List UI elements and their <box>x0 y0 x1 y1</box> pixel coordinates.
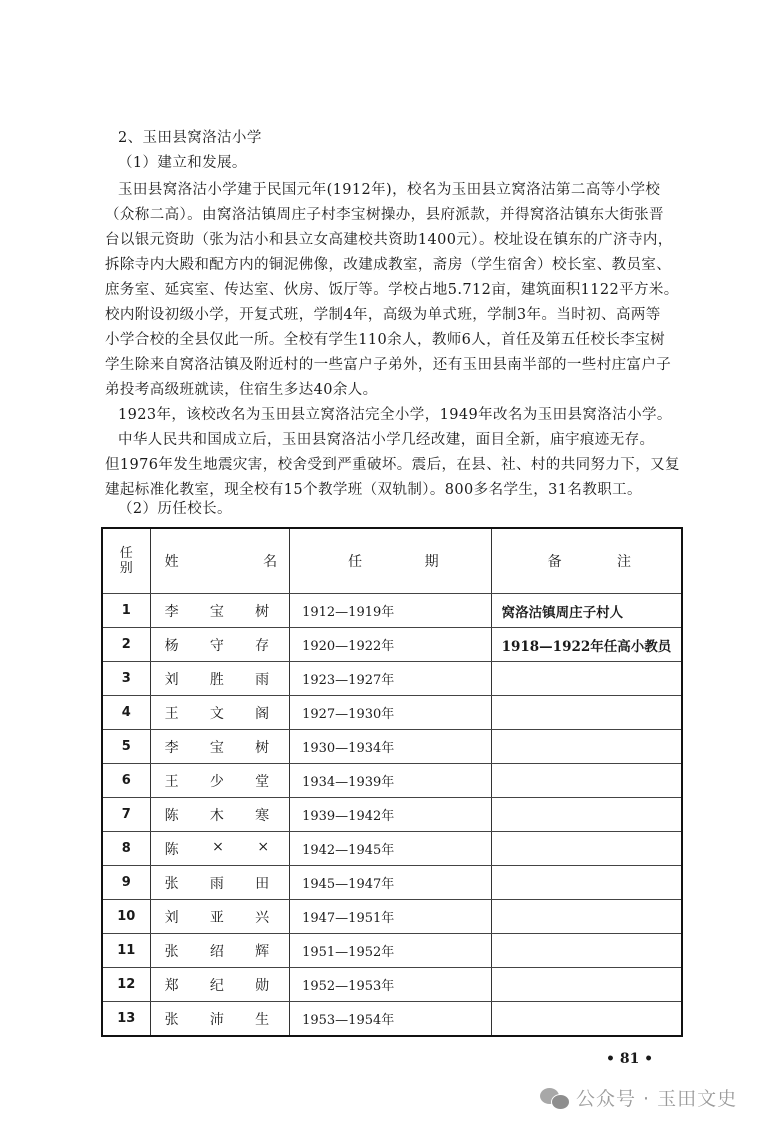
paragraph-line: 庶务室、延宾室、传达室、伙房、饭厅等。学校占地5.712亩，建筑面积1122平方… <box>105 280 685 300</box>
name-char: 宝 <box>210 601 224 621</box>
paragraph-line: 但1976年发生地震灾害，校舍受到严重破坏。震后，在县、社、村的共同努力下，又复 <box>105 455 685 475</box>
table-row: 8陈××1942—1945年 <box>102 832 682 866</box>
name-char: 存 <box>255 635 269 655</box>
name-char: 寒 <box>255 805 269 825</box>
paragraph-line: 台以银元资助（张为沽小和县立女高建校共资助1400元）。校址设在镇东的广济寺内， <box>105 230 685 250</box>
name-char: 李 <box>165 601 179 621</box>
name-char: 郑 <box>165 975 179 995</box>
name-char: 阁 <box>255 703 269 723</box>
cell-name: 李宝树 <box>150 730 290 764</box>
table-body: 1李宝树1912—1919年窝洛沽镇周庄子村人2杨守存1920—1922年191… <box>102 594 682 1037</box>
name-char: 王 <box>165 703 179 723</box>
table-row: 10刘亚兴1947—1951年 <box>102 900 682 934</box>
header-term: 任期 <box>290 528 492 594</box>
table-row: 9张雨田1945—1947年 <box>102 866 682 900</box>
watermark-text: 公众号 · 玉田文史 <box>576 1084 737 1111</box>
cell-term: 1947—1951年 <box>290 900 492 934</box>
cell-name: 李宝树 <box>150 594 290 628</box>
cell-term: 1934—1939年 <box>290 764 492 798</box>
paragraph-line: 中华人民共和国成立后，玉田县窝洛沽小学几经改建，面目全新，庙宇痕迹无存。 <box>118 430 698 450</box>
header-index: 任别 <box>102 528 150 594</box>
cell-note <box>491 900 682 934</box>
document-page: 2、玉田县窝洛沽小学 （1）建立和发展。 玉田县窝洛沽小学建于民国元年(1912… <box>0 0 770 1127</box>
name-char: 亚 <box>210 907 224 927</box>
table-row: 13张沛生1953—1954年 <box>102 1002 682 1037</box>
cell-term: 1952—1953年 <box>290 968 492 1002</box>
name-char: 宝 <box>210 737 224 757</box>
cell-term: 1930—1934年 <box>290 730 492 764</box>
table-row: 11张绍辉1951—1952年 <box>102 934 682 968</box>
table-row: 4王文阁1927—1930年 <box>102 696 682 730</box>
cell-name: 刘胜雨 <box>150 662 290 696</box>
name-char: 雨 <box>210 873 224 893</box>
name-char: 文 <box>210 703 224 723</box>
name-char: 张 <box>165 873 179 893</box>
header-note-char: 注 <box>617 551 631 571</box>
cell-name: 刘亚兴 <box>150 900 290 934</box>
name-char: 树 <box>255 737 269 757</box>
header-note-char: 备 <box>548 551 562 571</box>
name-char: 纪 <box>210 975 224 995</box>
cell-name: 张雨田 <box>150 866 290 900</box>
name-char: 沛 <box>210 1009 224 1029</box>
table-row: 3刘胜雨1923—1927年 <box>102 662 682 696</box>
table-row: 6王少堂1934—1939年 <box>102 764 682 798</box>
subsection-title-principals: （2）历任校长。 <box>118 499 232 519</box>
name-char: 辉 <box>255 941 269 961</box>
cell-term: 1927—1930年 <box>290 696 492 730</box>
cell-index: 1 <box>102 594 150 628</box>
cell-index: 12 <box>102 968 150 1002</box>
cell-index: 13 <box>102 1002 150 1037</box>
name-char: 勋 <box>255 975 269 995</box>
paragraph-line: 建起标准化教室，现全校有15个教学班（双轨制）。800多名学生，31名教职工。 <box>105 480 685 500</box>
paragraph-line: 校内附设初级小学，开复式班，学制4年，高级为单式班，学制3年。当时初、高两等 <box>105 305 685 325</box>
cell-index: 9 <box>102 866 150 900</box>
cell-index: 11 <box>102 934 150 968</box>
subsection-title-establishment: （1）建立和发展。 <box>118 153 247 173</box>
header-term-char: 任 <box>348 551 362 571</box>
table-row: 2杨守存1920—1922年1918—1922年任高小教员 <box>102 628 682 662</box>
name-char: 王 <box>165 771 179 791</box>
header-note: 备注 <box>491 528 682 594</box>
name-char: 雨 <box>255 669 269 689</box>
header-name-char: 姓 <box>165 551 179 571</box>
name-char: × <box>212 839 224 859</box>
wechat-icon <box>540 1086 570 1110</box>
header-name: 姓名 <box>150 528 290 594</box>
name-char: 树 <box>255 601 269 621</box>
name-char: 少 <box>210 771 224 791</box>
name-char: 堂 <box>255 771 269 791</box>
header-index-char: 任 <box>103 546 150 561</box>
cell-name: 陈木寒 <box>150 798 290 832</box>
cell-note <box>491 662 682 696</box>
name-char: 绍 <box>210 941 224 961</box>
header-index-char: 别 <box>103 561 150 576</box>
cell-term: 1912—1919年 <box>290 594 492 628</box>
cell-index: 5 <box>102 730 150 764</box>
cell-name: 王少堂 <box>150 764 290 798</box>
paragraph-line: 学生除来自窝洛沽镇及附近村的一些富户子弟外，还有玉田县南半部的一些村庄富户子 <box>105 355 685 375</box>
table-header-row: 任别 姓名 任期 备注 <box>102 528 682 594</box>
cell-term: 1951—1952年 <box>290 934 492 968</box>
header-term-char: 期 <box>425 551 439 571</box>
name-char: 张 <box>165 1009 179 1029</box>
cell-name: 杨守存 <box>150 628 290 662</box>
cell-term: 1945—1947年 <box>290 866 492 900</box>
name-char: 田 <box>255 873 269 893</box>
paragraph-line: 拆除寺内大殿和配方内的铜泥佛像，改建成教室，斋房（学生宿舍）校长室、教员室、 <box>105 255 685 275</box>
name-char: 李 <box>165 737 179 757</box>
cell-term: 1939—1942年 <box>290 798 492 832</box>
table-row: 12郑纪勋1952—1953年 <box>102 968 682 1002</box>
cell-name: 陈×× <box>150 832 290 866</box>
cell-index: 7 <box>102 798 150 832</box>
cell-note <box>491 798 682 832</box>
cell-index: 6 <box>102 764 150 798</box>
cell-index: 2 <box>102 628 150 662</box>
cell-term: 1920—1922年 <box>290 628 492 662</box>
name-char: 木 <box>210 805 224 825</box>
name-char: 杨 <box>165 635 179 655</box>
cell-name: 张沛生 <box>150 1002 290 1037</box>
name-char: 刘 <box>165 907 179 927</box>
cell-term: 1923—1927年 <box>290 662 492 696</box>
name-char: 刘 <box>165 669 179 689</box>
cell-name: 张绍辉 <box>150 934 290 968</box>
cell-note <box>491 934 682 968</box>
name-char: 张 <box>165 941 179 961</box>
cell-note: 1918—1922年任高小教员 <box>491 628 682 662</box>
cell-term: 1942—1945年 <box>290 832 492 866</box>
paragraph-line: 弟投考高级班就读，住宿生多达40余人。 <box>105 380 685 400</box>
name-char: × <box>257 839 269 859</box>
cell-note <box>491 696 682 730</box>
cell-note <box>491 832 682 866</box>
cell-note: 窝洛沽镇周庄子村人 <box>491 594 682 628</box>
principals-table: 任别 姓名 任期 备注 1李宝树1912—1919年窝洛沽镇周庄子村人2杨守存1… <box>101 527 683 1037</box>
cell-name: 王文阁 <box>150 696 290 730</box>
cell-note <box>491 1002 682 1037</box>
name-char: 守 <box>210 635 224 655</box>
cell-term: 1953—1954年 <box>290 1002 492 1037</box>
cell-index: 8 <box>102 832 150 866</box>
paragraph-line: （众称二高）。由窝洛沽镇周庄子村李宝树操办，县府派款，并得窝洛沽镇东大街张晋 <box>105 205 685 225</box>
cell-index: 10 <box>102 900 150 934</box>
section-title: 2、玉田县窝洛沽小学 <box>118 128 262 148</box>
watermark: 公众号 · 玉田文史 <box>540 1084 737 1111</box>
name-char: 陈 <box>165 805 179 825</box>
table-row: 7陈木寒1939—1942年 <box>102 798 682 832</box>
cell-note <box>491 866 682 900</box>
table-row: 5李宝树1930—1934年 <box>102 730 682 764</box>
paragraph-renaming: 1923年，该校改名为玉田县立窝洛沽完全小学，1949年改名为玉田县窝洛沽小学。 <box>118 405 698 425</box>
cell-note <box>491 730 682 764</box>
cell-name: 郑纪勋 <box>150 968 290 1002</box>
paragraph-line: 玉田县窝洛沽小学建于民国元年(1912年)，校名为玉田县立窝洛沽第二高等小学校 <box>118 180 698 200</box>
table-row: 1李宝树1912—1919年窝洛沽镇周庄子村人 <box>102 594 682 628</box>
cell-note <box>491 764 682 798</box>
cell-note <box>491 968 682 1002</box>
cell-index: 4 <box>102 696 150 730</box>
name-char: 兴 <box>255 907 269 927</box>
paragraph-line: 小学合校的全县仅此一所。全校有学生110余人，教师6人，首任及第五任校长李宝树 <box>105 330 685 350</box>
header-name-char: 名 <box>263 551 277 571</box>
cell-index: 3 <box>102 662 150 696</box>
name-char: 陈 <box>165 839 179 859</box>
page-number: • 81 • <box>606 1051 653 1067</box>
name-char: 生 <box>255 1009 269 1029</box>
name-char: 胜 <box>210 669 224 689</box>
